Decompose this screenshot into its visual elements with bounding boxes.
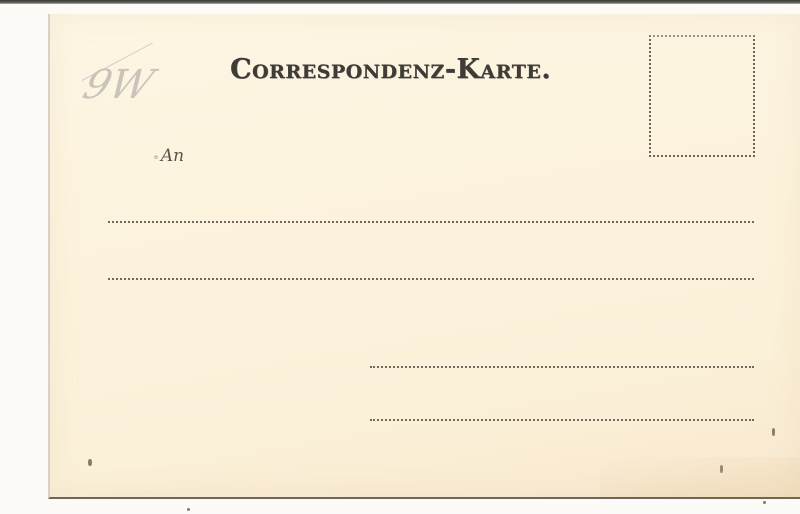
postcard-title: Correspondenz-Karte. bbox=[230, 54, 551, 85]
scan-speck bbox=[763, 501, 766, 504]
scan-speck bbox=[187, 508, 190, 511]
address-line-2 bbox=[108, 278, 754, 280]
addressee-text: An bbox=[161, 146, 184, 166]
stamp-area bbox=[649, 35, 755, 157]
address-line-1 bbox=[108, 221, 754, 223]
paper-speck bbox=[772, 428, 775, 436]
postcard: 9W Correspondenz-Karte. ∘An bbox=[48, 14, 800, 499]
paper-speck bbox=[88, 459, 92, 466]
addressee-label: ∘An bbox=[153, 146, 184, 166]
flourish-icon: ∘ bbox=[153, 150, 159, 164]
scanner-edge-strip bbox=[0, 0, 800, 4]
scan-canvas: 9W Correspondenz-Karte. ∘An bbox=[0, 0, 800, 514]
paper-speck bbox=[720, 465, 723, 473]
address-line-4 bbox=[370, 419, 754, 421]
pencil-annotation: 9W bbox=[78, 62, 160, 108]
address-line-3 bbox=[370, 366, 754, 368]
